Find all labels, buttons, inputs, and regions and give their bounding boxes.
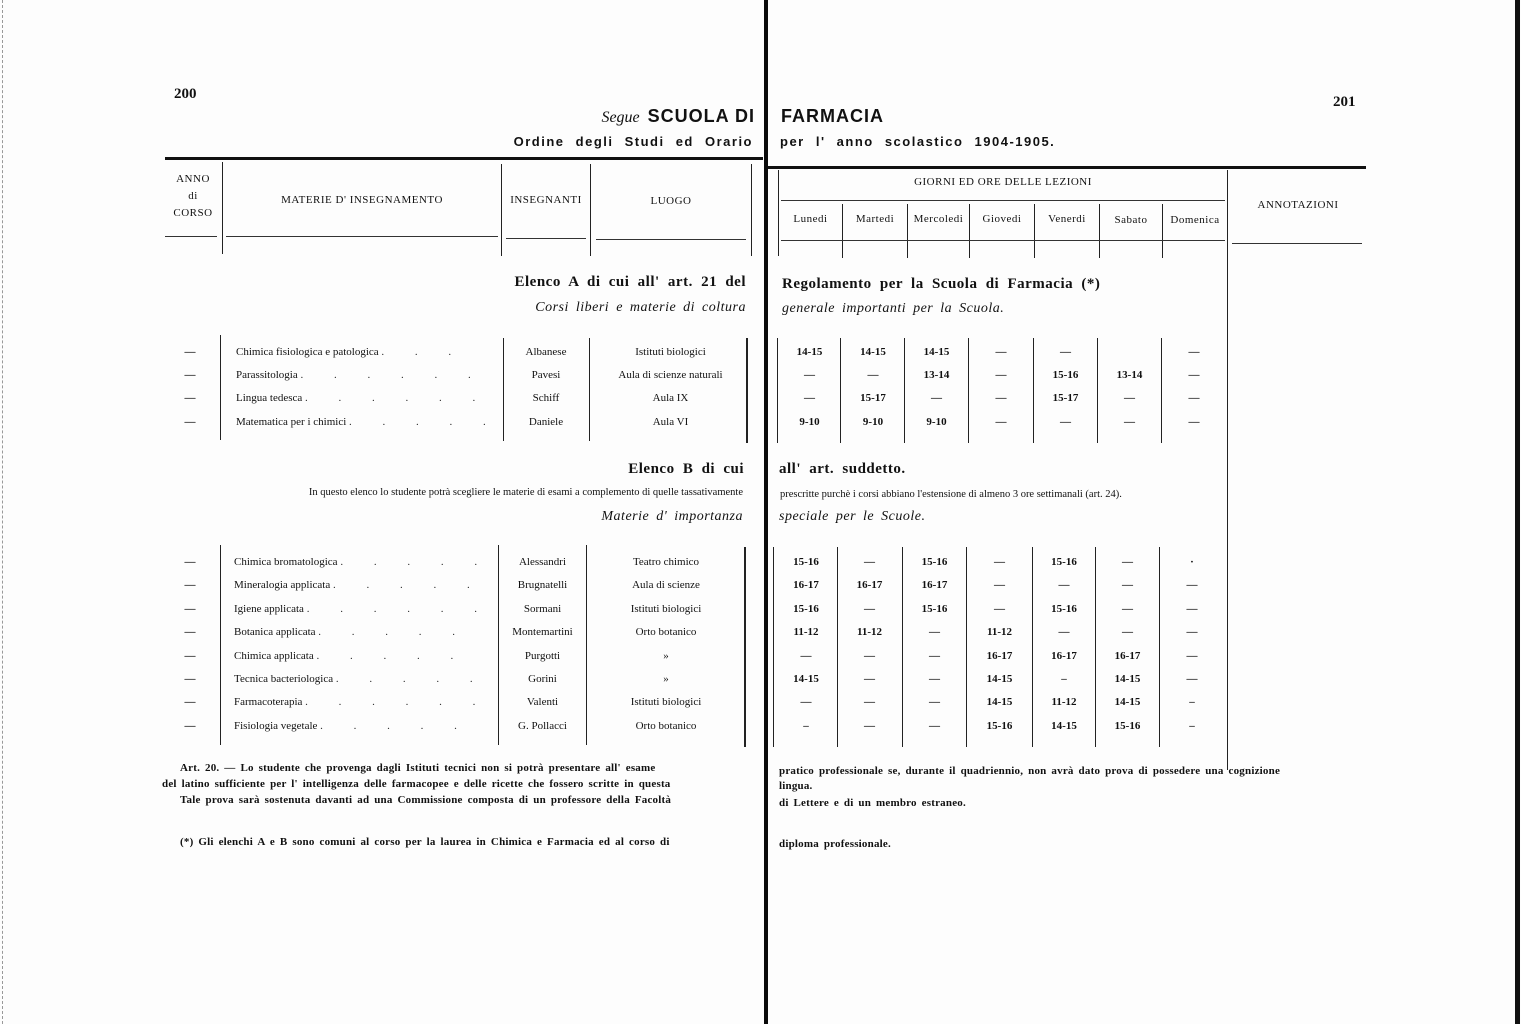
teacher-cell: Montemartini <box>499 621 586 644</box>
table-row: —Botanica applicata . . . . .Montemartin… <box>0 621 1521 644</box>
divider <box>590 164 591 256</box>
elenco-b-title-left: Elenco B di cui <box>628 461 744 478</box>
place-cell: Istituti biologici <box>588 598 744 621</box>
hour-giovedi: — <box>969 341 1033 364</box>
subject-cell: Mineralogia applicata . . . . . . <box>234 574 484 597</box>
teacher-cell: Pavesi <box>503 364 589 387</box>
leader-dots: . . . . . . . <box>300 369 486 381</box>
subject-cell: Chimica fisiologica e patologica . . . <box>236 341 486 364</box>
header-giorni: GIORNI ED ORE DELLE LEZIONI <box>779 174 1227 191</box>
header-rule-right <box>768 166 1366 169</box>
hour-martedi: 9-10 <box>842 411 904 434</box>
book-spine <box>764 0 768 1024</box>
hour-giovedi: 11-12 <box>967 621 1032 644</box>
hour-lunedi: 11-12 <box>775 621 837 644</box>
hour-domenica: – <box>1160 715 1224 738</box>
table-row: — Matematica per i chimici . . . . . Dan… <box>0 411 1521 434</box>
table-row: — Parassitologia . . . . . . . Pavesi Au… <box>0 364 1521 387</box>
hour-martedi: 14-15 <box>842 341 904 364</box>
asterisk-note-left: (*) Gli elenchi A e B sono comuni al cor… <box>180 836 670 848</box>
hour-venerdi: — <box>1034 341 1097 364</box>
header-anno-line: CORSO <box>165 205 221 222</box>
rule <box>596 239 746 240</box>
subject-cell: Tecnica bacteriologica . . . . . . <box>234 668 484 691</box>
hour-martedi: — <box>838 551 901 574</box>
hour-martedi: — <box>838 715 901 738</box>
art20-right-line3: di Lettere e di un membro estraneo. <box>779 797 966 809</box>
leader-dots: . . . . . <box>349 416 486 428</box>
hour-venerdi: 16-17 <box>1033 645 1095 668</box>
anno-cell: — <box>180 387 200 410</box>
hour-domenica: — <box>1160 598 1224 621</box>
table-row: —Mineralogia applicata . . . . . .Brugna… <box>0 574 1521 597</box>
header-anno-line: di <box>165 188 221 205</box>
hour-martedi: — <box>838 691 901 714</box>
hour-venerdi: 11-12 <box>1033 691 1095 714</box>
teacher-cell: Brugnatelli <box>499 574 586 597</box>
teacher-cell: Schiff <box>503 387 589 410</box>
header-day-martedi: Martedi <box>843 211 907 228</box>
table-row: — Lingua tedesca . . . . . . . Schiff Au… <box>0 387 1521 410</box>
hour-lunedi: — <box>775 645 837 668</box>
title-prefix: Segue <box>601 109 639 126</box>
hour-lunedi: 14-15 <box>779 341 840 364</box>
divider <box>751 164 752 256</box>
hour-domenica: · <box>1160 551 1224 574</box>
subject-cell: Farmacoterapia . . . . . . . <box>234 691 484 714</box>
hour-sabato: 15-16 <box>1096 715 1159 738</box>
hour-venerdi: – <box>1033 668 1095 691</box>
leader-dots: . . . . . <box>318 626 469 638</box>
hour-martedi: 15-17 <box>842 387 904 410</box>
anno-cell: — <box>180 715 200 738</box>
place-cell: Orto botanico <box>588 621 744 644</box>
header-day-venerdi: Venerdi <box>1035 211 1099 228</box>
hour-lunedi: 15-16 <box>775 598 837 621</box>
teacher-cell: Alessandri <box>499 551 586 574</box>
hour-mercoledi: — <box>903 668 966 691</box>
place-cell: » <box>588 668 744 691</box>
art20-right-line1: pratico professionale se, durante il qua… <box>779 765 1280 777</box>
hour-martedi: — <box>838 645 901 668</box>
elenco-a-title-left: Elenco A di cui all' art. 21 del <box>514 274 746 291</box>
leader-dots: . . . . . . . <box>305 696 484 708</box>
divider <box>501 164 502 256</box>
hour-giovedi: — <box>967 598 1032 621</box>
subject-cell: Lingua tedesca . . . . . . . <box>236 387 486 410</box>
hour-venerdi: 14-15 <box>1033 715 1095 738</box>
subject-cell: Chimica bromatologica . . . . . . <box>234 551 484 574</box>
hour-mercoledi: 15-16 <box>903 551 966 574</box>
hour-domenica: — <box>1162 364 1226 387</box>
art20-left-line1: Art. 20. — Lo studente che provenga dagl… <box>180 762 655 774</box>
hour-domenica: — <box>1160 645 1224 668</box>
header-materie: MATERIE D' INSEGNAMENTO <box>223 192 501 209</box>
teacher-cell: Albanese <box>503 341 589 364</box>
subject-cell: Chimica applicata . . . . . . . <box>234 645 484 668</box>
hour-sabato: — <box>1098 387 1161 410</box>
hour-giovedi: — <box>969 411 1033 434</box>
art20-left-line2: del latino sufficiente per l' intelligen… <box>162 778 671 790</box>
header-annotazioni: ANNOTAZIONI <box>1228 197 1368 214</box>
hour-giovedi: — <box>967 574 1032 597</box>
subject-name: Chimica bromatologica <box>234 556 338 568</box>
leader-dots: . . . . . . <box>336 673 484 685</box>
subject-name: Igiene applicata <box>234 603 304 615</box>
header-day-lunedi: Lunedi <box>779 211 842 228</box>
hour-venerdi: 15-16 <box>1034 364 1097 387</box>
place-cell: Teatro chimico <box>588 551 744 574</box>
scan-edge-left <box>2 0 4 1024</box>
table-row: —Chimica applicata . . . . . . .Purgotti… <box>0 645 1521 668</box>
hour-lunedi: – <box>775 715 837 738</box>
hour-domenica: — <box>1160 621 1224 644</box>
anno-cell: — <box>180 341 200 364</box>
hour-sabato: 16-17 <box>1096 645 1159 668</box>
place-cell: Aula VI <box>593 411 748 434</box>
hour-sabato: 14-15 <box>1096 691 1159 714</box>
teacher-cell: Gorini <box>499 668 586 691</box>
subject-name: Chimica applicata <box>234 650 314 662</box>
table-row: —Farmacoterapia . . . . . . .ValentiIsti… <box>0 691 1521 714</box>
hour-lunedi: — <box>779 387 840 410</box>
hour-mercoledi: — <box>903 621 966 644</box>
teacher-cell: Sormani <box>499 598 586 621</box>
header-day-domenica: Domenica <box>1163 212 1227 229</box>
elenco-b-subtitle-left: Materie d' importanza <box>601 509 743 525</box>
table-row: — Chimica fisiologica e patologica . . .… <box>0 341 1521 364</box>
anno-cell: — <box>180 645 200 668</box>
hour-sabato: 14-15 <box>1096 668 1159 691</box>
hour-giovedi: 16-17 <box>967 645 1032 668</box>
hour-mercoledi: 13-14 <box>905 364 968 387</box>
rule <box>1232 243 1362 244</box>
subject-name: Mineralogia applicata <box>234 579 330 591</box>
hour-venerdi: — <box>1033 574 1095 597</box>
elenco-a-subtitle-left: Corsi liberi e materie di coltura <box>535 300 746 316</box>
elenco-b-subtitle-right: speciale per le Scuole. <box>779 509 925 525</box>
elenco-b-title-right: all' art. suddetto. <box>779 461 906 478</box>
page-number-right: 201 <box>1333 94 1356 111</box>
hour-giovedi: 14-15 <box>967 691 1032 714</box>
subject-cell: Matematica per i chimici . . . . . <box>236 411 486 434</box>
hour-mercoledi: — <box>903 691 966 714</box>
table-row: —Chimica bromatologica . . . . . .Alessa… <box>0 551 1521 574</box>
hour-mercoledi: 15-16 <box>903 598 966 621</box>
title-right: FARMACIA <box>781 106 884 127</box>
header-day-sabato: Sabato <box>1100 212 1162 229</box>
subject-name: Farmacoterapia <box>234 696 302 708</box>
header-anno-line: ANNO <box>165 171 221 188</box>
teacher-cell: Purgotti <box>499 645 586 668</box>
subject-cell: Fisiologia vegetale . . . . . . <box>234 715 484 738</box>
subject-cell: Parassitologia . . . . . . . <box>236 364 486 387</box>
elenco-b-note-right: prescritte purchè i corsi abbiano l'este… <box>780 489 1122 500</box>
hour-sabato: — <box>1096 598 1159 621</box>
header-rule-left <box>165 157 763 160</box>
hour-sabato: — <box>1096 621 1159 644</box>
hour-domenica: – <box>1160 691 1224 714</box>
hour-mercoledi: — <box>903 715 966 738</box>
subtitle-right: per l' anno scolastico 1904-1905. <box>780 134 1055 149</box>
teacher-cell: Valenti <box>499 691 586 714</box>
anno-cell: — <box>180 411 200 434</box>
hour-venerdi: — <box>1033 621 1095 644</box>
art20-right-line2: lingua. <box>779 780 813 792</box>
place-cell: Aula di scienze naturali <box>593 364 748 387</box>
header-day-giovedi: Giovedi <box>970 211 1034 228</box>
hour-domenica: — <box>1162 341 1226 364</box>
hour-sabato: — <box>1096 574 1159 597</box>
hour-lunedi: — <box>775 691 837 714</box>
anno-cell: — <box>180 551 200 574</box>
title-left-text: SCUOLA DI <box>648 106 755 126</box>
hour-martedi: 16-17 <box>838 574 901 597</box>
anno-cell: — <box>180 621 200 644</box>
hour-lunedi: 16-17 <box>775 574 837 597</box>
place-cell: Istituti biologici <box>593 341 748 364</box>
elenco-a-subtitle-right: generale importanti per la Scuola. <box>782 301 1004 317</box>
table-row: —Fisiologia vegetale . . . . . .G. Polla… <box>0 715 1521 738</box>
hour-sabato: — <box>1098 411 1161 434</box>
hour-martedi: — <box>838 668 901 691</box>
hour-domenica: — <box>1162 411 1226 434</box>
hour-domenica: — <box>1160 668 1224 691</box>
hour-mercoledi: 16-17 <box>903 574 966 597</box>
subject-name: Botanica applicata <box>234 626 316 638</box>
leader-dots: . . . . . . <box>333 579 484 591</box>
place-cell: Istituti biologici <box>588 691 744 714</box>
anno-cell: — <box>180 574 200 597</box>
leader-dots: . . . . . . . <box>316 650 484 662</box>
anno-cell: — <box>180 691 200 714</box>
asterisk-note-right: diploma professionale. <box>779 838 891 850</box>
hour-venerdi: 15-16 <box>1033 551 1095 574</box>
title-left: SegueSCUOLA DI <box>601 106 755 127</box>
rule <box>781 240 1225 241</box>
anno-cell: — <box>180 598 200 621</box>
hour-lunedi: 9-10 <box>779 411 840 434</box>
subject-name: Chimica fisiologica e patologica <box>236 346 379 358</box>
subject-name: Matematica per i chimici <box>236 416 346 428</box>
table-row: —Tecnica bacteriologica . . . . . .Gorin… <box>0 668 1521 691</box>
hour-venerdi: 15-16 <box>1033 598 1095 621</box>
leader-dots: . . . . . . . <box>305 392 486 404</box>
hour-giovedi: 15-16 <box>967 715 1032 738</box>
hour-martedi: — <box>842 364 904 387</box>
hour-mercoledi: 14-15 <box>905 341 968 364</box>
header-anno: ANNO di CORSO <box>165 171 221 222</box>
rule <box>506 238 586 239</box>
hour-martedi: — <box>838 598 901 621</box>
leader-dots: . . . <box>381 346 465 358</box>
art20-left-line3: Tale prova sarà sostenuta davanti ad una… <box>180 794 671 806</box>
subject-name: Lingua tedesca <box>236 392 302 404</box>
hour-mercoledi: — <box>905 387 968 410</box>
header-day-mercoledi: Mercoledi <box>908 211 969 228</box>
teacher-cell: Daniele <box>503 411 589 434</box>
hour-venerdi: — <box>1034 411 1097 434</box>
subject-name: Fisiologia vegetale <box>234 720 317 732</box>
hour-giovedi: — <box>969 364 1033 387</box>
subtitle-left: Ordine degli Studi ed Orario <box>514 134 753 149</box>
leader-dots: . . . . . . <box>340 556 484 568</box>
subject-cell: Igiene applicata . . . . . . . <box>234 598 484 621</box>
subject-cell: Botanica applicata . . . . . <box>234 621 484 644</box>
hour-venerdi: 15-17 <box>1034 387 1097 410</box>
teacher-cell: G. Pollacci <box>499 715 586 738</box>
hour-mercoledi: — <box>903 645 966 668</box>
hour-domenica: — <box>1162 387 1226 410</box>
anno-cell: — <box>180 364 200 387</box>
hour-lunedi: — <box>779 364 840 387</box>
rule <box>165 236 217 237</box>
place-cell: Aula di scienze <box>588 574 744 597</box>
hour-martedi: 11-12 <box>838 621 901 644</box>
elenco-a-title-right: Regolamento per la Scuola di Farmacia (*… <box>782 276 1100 293</box>
hour-giovedi: — <box>969 387 1033 410</box>
hour-mercoledi: 9-10 <box>905 411 968 434</box>
place-cell: Orto botanico <box>588 715 744 738</box>
hour-sabato: 13-14 <box>1098 364 1161 387</box>
hour-domenica: — <box>1160 574 1224 597</box>
place-cell: » <box>588 645 744 668</box>
elenco-b-note-left: In questo elenco lo studente potrà scegl… <box>309 487 743 498</box>
hour-lunedi: 14-15 <box>775 668 837 691</box>
rule <box>226 236 498 237</box>
header-insegnanti: INSEGNANTI <box>502 192 590 209</box>
rule <box>781 200 1225 201</box>
place-cell: Aula IX <box>593 387 748 410</box>
subject-name: Tecnica bacteriologica <box>234 673 333 685</box>
scan-edge-right <box>1515 0 1520 1024</box>
hour-lunedi: 15-16 <box>775 551 837 574</box>
hour-giovedi: 14-15 <box>967 668 1032 691</box>
leader-dots: . . . . . . <box>320 720 484 732</box>
hour-sabato: — <box>1096 551 1159 574</box>
anno-cell: — <box>180 668 200 691</box>
hour-giovedi: — <box>967 551 1032 574</box>
header-luogo: LUOGO <box>591 193 751 210</box>
page-number-left: 200 <box>174 86 197 103</box>
subject-name: Parassitologia <box>236 369 298 381</box>
table-row: —Igiene applicata . . . . . . .SormaniIs… <box>0 598 1521 621</box>
leader-dots: . . . . . . . <box>307 603 484 615</box>
